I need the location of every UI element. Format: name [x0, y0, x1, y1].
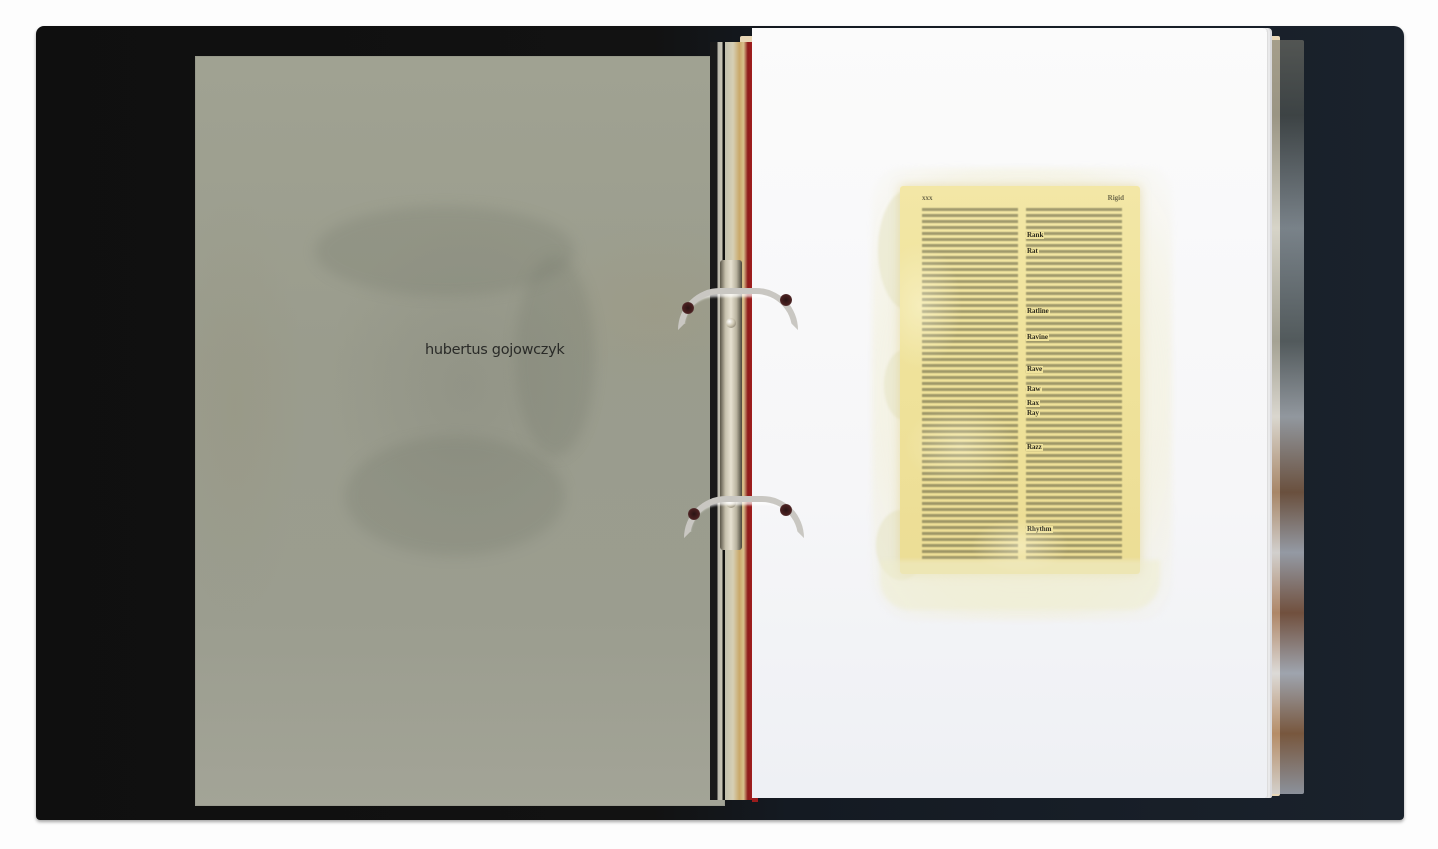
- wax-sheen: [900, 186, 1140, 574]
- wax-drip-bottom: [880, 560, 1160, 610]
- ring-end-icon: [780, 504, 792, 516]
- left-title-page: hubertus gojowczyk: [195, 56, 725, 806]
- author-name-text: hubertus gojowczyk: [425, 342, 565, 358]
- wax-dictionary-page: xxx Rigid Rank Rat Ratline Ravine Rave R…: [900, 186, 1140, 574]
- page-smudge: [345, 436, 565, 556]
- ring-end-icon: [688, 508, 700, 520]
- ring-end-icon: [682, 302, 694, 314]
- photo-scene: hubertus gojowczyk xxx Rigid Rank Rat Ra…: [0, 0, 1438, 849]
- ring-end-icon: [780, 294, 792, 306]
- plastic-sleeve: [1262, 40, 1304, 794]
